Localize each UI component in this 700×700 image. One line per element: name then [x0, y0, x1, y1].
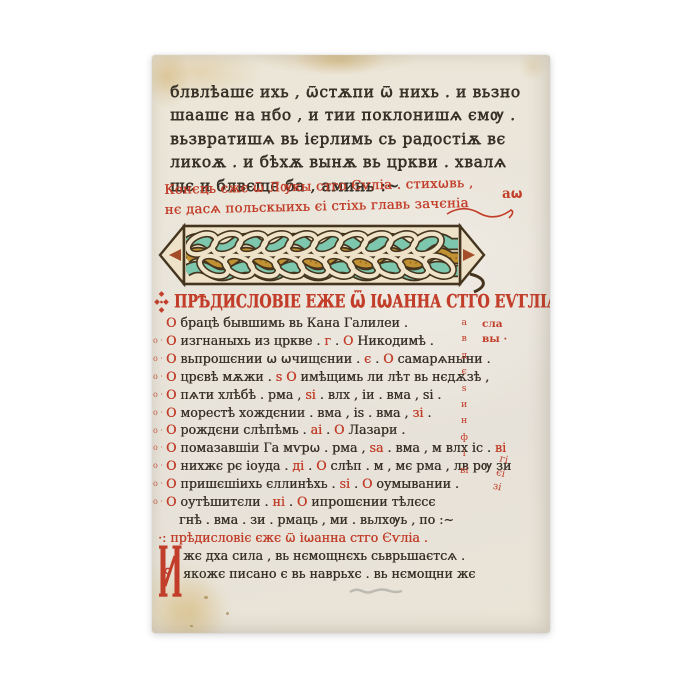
rubric-segment: ні — [272, 494, 284, 509]
rubric-segment: О — [166, 315, 176, 330]
rubric-segment: О — [334, 422, 344, 437]
margin-tick: о · — [153, 404, 163, 422]
margin-tick: о · — [153, 422, 163, 440]
text-segment: . — [371, 351, 383, 366]
text-segment: слѣп . м , мє рма , лв рѹ зи — [326, 458, 511, 473]
text-segment: . — [423, 405, 431, 420]
rubric-segment: О — [166, 476, 176, 491]
text-segment: брацѣ бывшимь вь Кана Галилеи . — [176, 315, 408, 330]
text-segment: рождєни слѣпѣмь . — [176, 422, 310, 437]
margin-tick: о · — [153, 475, 163, 493]
ink-speck — [190, 625, 193, 627]
chapter-line: жє дха сила , вь нємощнєхь сьврьшаєтсѧ . — [166, 547, 511, 565]
smudge-stroke — [350, 590, 402, 593]
text-segment: вьпрошєнии ѡ ѡчищєнии . — [176, 351, 364, 366]
preface-heading: ПРѢДИСЛОВІЕ ЕЖЕ Ѿ ІѠАННА СТГО ЕѴГЛІА — [174, 291, 550, 312]
rubric-segment: ѕі — [305, 387, 316, 402]
pencil-smudge — [346, 583, 408, 599]
margin-tick-column: о ·о ·о ·о ·о ·о ·о ·о ·о ·о · — [153, 332, 163, 511]
text-segment: нихжє рє іоуда . — [176, 458, 292, 473]
rubric-segment: ді — [292, 458, 304, 473]
text-segment: самарѧныни . — [393, 351, 490, 366]
slava-line: вы · — [482, 332, 507, 347]
margin-tick: о · — [153, 350, 163, 368]
gospel-text-line: вьзвратишѧ вь ієрлимь сь радостіѫ вє — [170, 128, 521, 151]
margin-number-column: авдєѕинфіві — [460, 315, 468, 479]
chapter-line: О оутѣшитєли . ні . О ипрошєнии тѣлєсє — [166, 493, 511, 511]
rubric-segment: ѕі — [339, 476, 350, 491]
parchment-stain — [294, 55, 384, 75]
margin-note: аѡ — [502, 186, 522, 202]
text-segment: гнѣ . вма . зи . рмаць , ми . вьлхѹь , п… — [179, 512, 454, 527]
illuminated-initial — [159, 544, 183, 600]
margin-number: и — [460, 397, 468, 413]
chapter-line: якожє писано є вь наврьхє . вь нємощни ж… — [166, 565, 511, 583]
rubric-segment: О — [166, 494, 176, 509]
text-segment: . влх , іи . вма , ѕі . — [316, 387, 442, 402]
gospel-text-line: блвлѣашє ихь , ѿстѫпи ѿ нихь . и вьзно — [170, 81, 521, 104]
text-segment: пришєшіихь єллинѣхь . — [176, 476, 339, 491]
margin-number: а — [460, 315, 468, 331]
text-segment: пѧти хлѣбѣ . рма , — [176, 387, 305, 402]
rubric-segment: О — [166, 333, 176, 348]
rubric-segment: О — [286, 369, 296, 384]
margin-number: і — [460, 446, 468, 462]
text-segment: жє дха сила , вь нємощнєхь сьврьшаєтсѧ . — [183, 548, 465, 563]
preface-heading-row: ПРѢДИСЛОВІЕ ЕЖЕ Ѿ ІѠАННА СТГО ЕѴГЛІА — [154, 289, 550, 315]
rubric-segment: О — [362, 476, 372, 491]
rubric-segment: О — [166, 458, 176, 473]
margin-tick: о · — [153, 386, 163, 404]
margin-tick: о · — [153, 368, 163, 386]
band-ribbons — [185, 230, 458, 281]
text-segment: морестѣ хождєнии . вма , іѕ . вма , — [176, 405, 412, 420]
text-segment: ипрошєнии тѣлєсє — [307, 494, 435, 509]
manuscript-page: блвлѣашє ихь , ѿстѫпи ѿ нихь . и вьзноша… — [152, 55, 550, 633]
rubric-segment: О — [166, 387, 176, 402]
margin-number: ѕ — [460, 381, 468, 397]
gospel-text-line: шаашє на нбо , и тии поклонишѧ ємѹ . — [170, 104, 521, 127]
text-segment: . — [350, 476, 362, 491]
rubric-segment: аі — [310, 422, 322, 437]
ink-speck — [204, 596, 208, 599]
margin-tick: о · — [153, 493, 163, 511]
chapter-line: ·: прѣдисловіє єжє ѿ іѡанна стго Єѵліа . — [158, 529, 511, 547]
rubric-segment: г — [324, 333, 331, 348]
text-segment: . — [322, 422, 334, 437]
text-segment: . вма , м влх іс . — [383, 440, 495, 455]
text-segment: Никодимѣ . — [353, 333, 433, 348]
margin-number: н — [460, 413, 468, 429]
rubric-segment: О — [343, 333, 353, 348]
gospel-text-line: ликоѫ . и бѣхѫ вынѫ вь цркви . хвалѧ — [170, 151, 521, 174]
margin-number: є — [460, 364, 468, 380]
rubric-segment: О — [166, 369, 176, 384]
rubric-segment: О — [316, 458, 326, 473]
ink-speck — [226, 612, 229, 615]
text-segment: оумывании . — [372, 476, 459, 491]
rubric-segment: О — [166, 440, 176, 455]
margin-number: д — [460, 348, 468, 364]
text-segment: . — [285, 494, 297, 509]
margin-tick: о · — [153, 439, 163, 457]
rubric-segment: О — [297, 494, 307, 509]
rubric-segment: О — [166, 405, 176, 420]
text-segment: црєвѣ мѫжи . — [176, 369, 275, 384]
rubric-segment: О — [166, 351, 176, 366]
flourish-stroke — [447, 209, 513, 218]
parchment-stain — [518, 55, 548, 81]
rubric-segment: ·: прѣдисловіє єжє ѿ іѡанна стго Єѵліа . — [158, 530, 428, 545]
margin-slava-note: славы · — [482, 317, 507, 347]
margin-number: ві — [460, 463, 468, 479]
text-segment: помазавшіи Га мѵрѡ . рма , — [176, 440, 369, 455]
rubric-segment: О — [166, 422, 176, 437]
text-segment: Лазари . — [344, 422, 405, 437]
margin-number: в — [460, 331, 468, 347]
margin-number: ф — [460, 430, 468, 446]
braid-rings — [185, 230, 457, 281]
rubric-segment: О — [383, 351, 393, 366]
text-segment: оутѣшитєли . — [176, 494, 272, 509]
text-segment: . — [304, 458, 316, 473]
photo-background: блвлѣашє ихь , ѿстѫпи ѿ нихь . и вьзноша… — [0, 0, 700, 700]
rubric-segment: ѕа — [369, 440, 383, 455]
knotwork-headpiece — [156, 218, 488, 294]
dot-cross-ornament-icon — [154, 290, 169, 314]
colophon-rubric: Конєць єжє ѿ Лѹкы стго Єѵліа . стихѡвь ,… — [164, 174, 474, 220]
margin-tick: о · — [153, 332, 163, 350]
text-segment: якожє писано є вь наврьхє . вь нємощни ж… — [183, 566, 475, 581]
text-segment: . — [331, 333, 343, 348]
margin-tick: о · — [153, 457, 163, 475]
slava-line: сла — [482, 317, 507, 332]
rubric-segment: зі — [412, 405, 423, 420]
text-segment: изгнаныхь из цркве . — [176, 333, 324, 348]
chapter-line: гнѣ . вма . зи . рмаць , ми . вьлхѹь , п… — [166, 511, 511, 529]
